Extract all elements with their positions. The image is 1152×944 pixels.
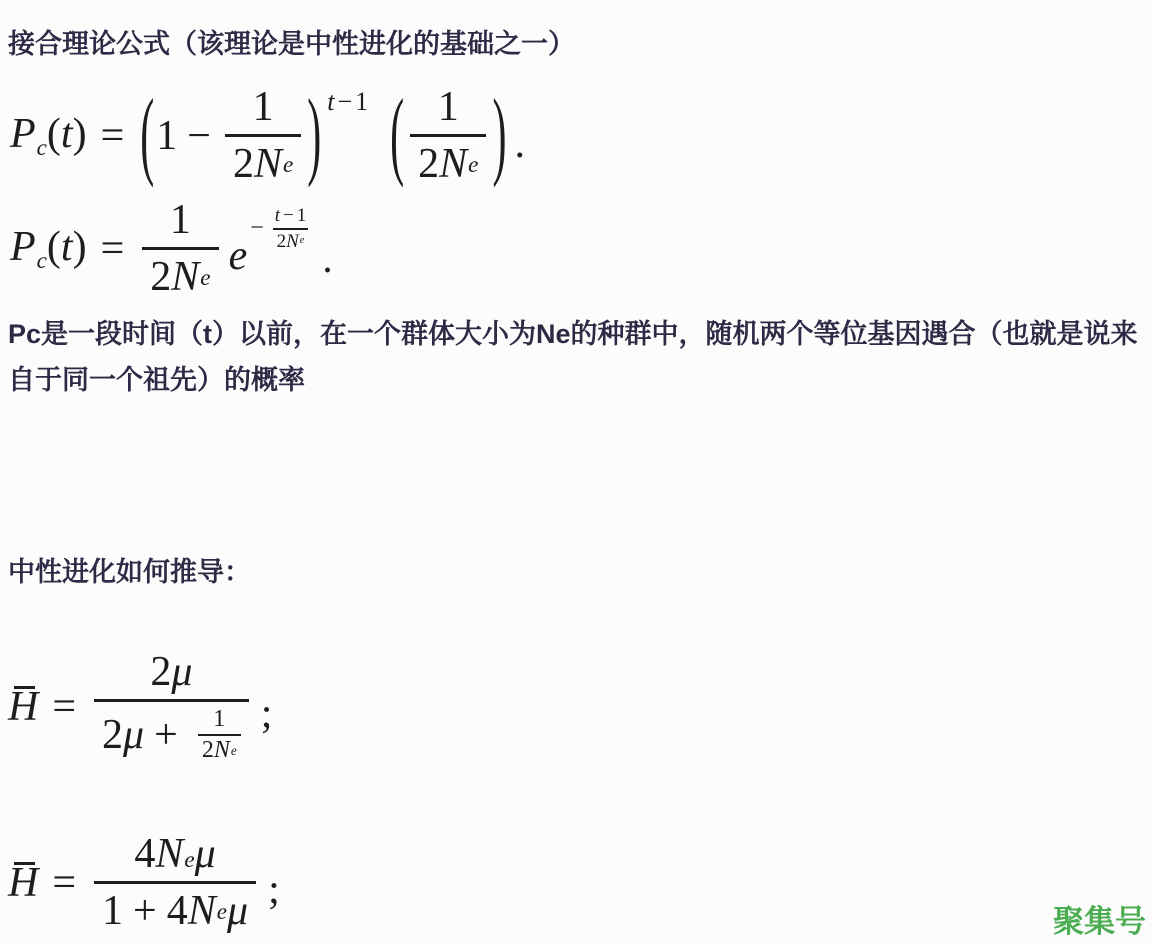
big-lparen: ( <box>390 79 404 192</box>
exponent-t-minus-1: t−1 <box>327 87 368 117</box>
formula-pc-exponential: Pc(t) = 1 2Ne e − t−1 2Ne . <box>10 198 333 299</box>
semicolon: ; <box>261 690 273 738</box>
numerator: 1 <box>430 85 467 134</box>
num-4: 4 <box>134 832 155 876</box>
minus-sign: − <box>187 112 211 160</box>
var-P: P <box>10 111 36 157</box>
numerator: 1 <box>245 85 282 134</box>
num-4: 4 <box>167 889 188 933</box>
sub-c: c <box>37 134 47 160</box>
var-H-bar: H <box>8 683 38 731</box>
num-1: 1 <box>438 85 459 129</box>
sub-e: e <box>468 152 478 176</box>
plus-sign: + <box>133 889 157 933</box>
formula-heterozygosity-mu: H = 2μ 2μ+12Ne ; <box>8 650 272 763</box>
numerator: 1 <box>162 198 199 247</box>
var-e-euler: e <box>229 232 248 280</box>
sub-c: c <box>37 247 47 273</box>
minus-sign: − <box>283 206 294 226</box>
var-H: H <box>8 683 38 731</box>
sub-e: e <box>200 265 210 289</box>
var-t: t <box>61 111 73 157</box>
rparen: ) <box>73 224 87 270</box>
fraction-1-over-2Ne: 1 2Ne <box>410 85 486 186</box>
num-1: 1 <box>156 112 177 160</box>
numerator: 1 <box>209 707 229 734</box>
lhs-pc-of-t: Pc(t) <box>10 223 87 274</box>
plus-sign: + <box>154 713 178 757</box>
fraction-1-over-2Ne: 1 2Ne <box>142 198 218 299</box>
fraction-main: 4Neμ 1+4Neμ <box>94 832 256 933</box>
minus-sign: − <box>250 215 264 242</box>
paragraph-pc-definition: Pc是一段时间（t）以前，在一个群体大小为Ne的种群中，随机两个等位基因遇合（也… <box>8 311 1146 403</box>
denominator: 2Ne <box>142 247 218 299</box>
denominator: 2Ne <box>225 134 301 186</box>
var-N: N <box>188 889 216 933</box>
numerator: 4Neμ <box>126 832 223 881</box>
num-1: 1 <box>355 87 368 117</box>
big-lparen: ( <box>140 79 154 192</box>
num-2: 2 <box>150 650 171 694</box>
equals-sign: = <box>101 112 125 160</box>
sub-e: e <box>283 152 293 176</box>
num-1: 1 <box>170 198 191 242</box>
document-page: 接合理论公式（该理论是中性进化的基础之一） Pc(t) = ( 1 − 1 2N… <box>0 0 1152 944</box>
var-N: N <box>214 738 230 763</box>
var-t: t <box>327 87 334 117</box>
num-2: 2 <box>102 713 123 757</box>
fraction-1-over-2Ne: 12Ne <box>198 707 241 763</box>
denominator: 2μ+12Ne <box>94 699 249 763</box>
section-title: 中性进化如何推导： <box>8 556 251 588</box>
var-N: N <box>155 832 183 876</box>
denominator: 2Ne <box>273 228 309 252</box>
var-mu: μ <box>227 889 248 933</box>
var-mu: μ <box>123 713 144 757</box>
var-H: H <box>8 859 38 907</box>
num-1: 1 <box>297 206 307 226</box>
var-mu: μ <box>171 650 192 694</box>
var-N: N <box>254 142 282 186</box>
denominator: 1+4Neμ <box>94 881 256 933</box>
equals-sign: = <box>101 225 125 273</box>
num-1: 1 <box>213 707 225 732</box>
num-2: 2 <box>277 232 287 252</box>
var-t: t <box>61 224 73 270</box>
watermark-juji-hao: 聚集号 <box>1053 896 1146 941</box>
lparen: ( <box>47 111 61 157</box>
fraction-1-over-2Ne: 1 2Ne <box>225 85 301 186</box>
sub-e: e <box>184 847 194 871</box>
sub-e: e <box>300 236 305 247</box>
sub-e: e <box>217 899 227 923</box>
var-mu: μ <box>195 832 216 876</box>
equals-sign: = <box>52 683 76 731</box>
semicolon: ; <box>268 866 280 914</box>
num-1: 1 <box>102 889 123 933</box>
numerator: t−1 <box>271 206 311 228</box>
fraction-t-minus-1-over-2Ne: t−1 2Ne <box>271 206 311 252</box>
big-rparen: ) <box>307 79 321 192</box>
formula-heterozygosity-4Nemu: H = 4Neμ 1+4Neμ ; <box>8 832 280 933</box>
var-P: P <box>10 224 36 270</box>
num-2: 2 <box>150 255 171 299</box>
var-N: N <box>439 142 467 186</box>
denominator: 2Ne <box>410 134 486 186</box>
num-2: 2 <box>233 142 254 186</box>
lparen: ( <box>47 224 61 270</box>
page-title: 接合理论公式（该理论是中性进化的基础之一） <box>8 28 575 60</box>
minus-sign: − <box>337 87 352 117</box>
fraction-main: 2μ 2μ+12Ne <box>94 650 249 763</box>
big-rparen: ) <box>492 79 506 192</box>
formula-pc-geometric: Pc(t) = ( 1 − 1 2Ne ) t−1 ( 1 2Ne ) . <box>10 85 525 186</box>
period: . <box>322 235 333 283</box>
exponent-fraction: − t−1 2Ne <box>247 206 314 252</box>
var-N: N <box>286 232 299 252</box>
equals-sign: = <box>52 859 76 907</box>
rparen: ) <box>73 111 87 157</box>
num-1: 1 <box>253 85 274 129</box>
denominator: 2Ne <box>198 734 241 763</box>
num-2: 2 <box>202 738 214 763</box>
lhs-pc-of-t: Pc(t) <box>10 110 87 161</box>
var-H-bar: H <box>8 859 38 907</box>
period: . <box>514 120 525 168</box>
var-t: t <box>275 206 280 226</box>
var-N: N <box>171 255 199 299</box>
numerator: 2μ <box>142 650 200 699</box>
num-2: 2 <box>418 142 439 186</box>
sub-e: e <box>231 744 237 758</box>
